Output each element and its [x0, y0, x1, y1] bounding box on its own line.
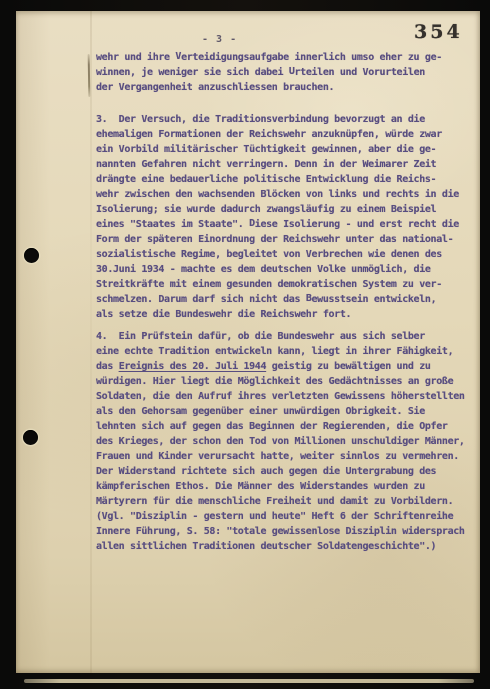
text-line: wehr und ihre Verteidigungsaufgabe inner… — [96, 50, 480, 65]
raised-capital: U — [289, 66, 295, 77]
margin-pencil-mark — [88, 54, 91, 97]
text-line: kämpferischen Ethos. Die Männer des Wide… — [96, 479, 480, 494]
typewritten-text: wehr und ihre Verteidigungsaufgabe inner… — [96, 11, 480, 673]
text-line: ehemaligen Formationen der Reichswehr an… — [96, 127, 480, 142]
text-line: Streitkräfte mit einem gesunden demokrat… — [96, 277, 480, 292]
text-line: als den Gehorsam gegenüber einer unwürdi… — [96, 404, 480, 419]
text-line: des Krieges, der schon den Tod von Milli… — [96, 434, 480, 449]
text-line: eine echte Tradition entwickeln kann, li… — [96, 344, 480, 359]
underlying-page-edge — [24, 679, 474, 683]
text-line: Isolierung; sie wurde dadurch zwangsläuf… — [96, 202, 480, 217]
text-line: 30.Juni 1934 - machte es dem deutschen V… — [96, 262, 480, 277]
text-line: sozialistische Regime, begleitet von Ver… — [96, 247, 480, 262]
paragraph-1: wehr und ihre Verteidigungsaufgabe inner… — [96, 50, 480, 95]
text-line: das Ereignis des 20. Juli 1944 geistig z… — [96, 359, 480, 374]
paper-crease — [90, 11, 92, 673]
paragraph-3: 4. Ein Prüfstein dafür, ob die Bundesweh… — [96, 329, 480, 554]
underlined-text: Ereignis des 20. Juli 1944 — [119, 361, 266, 372]
text-line: drängte eine bedauerliche politische Ent… — [96, 172, 480, 187]
raised-capital: V — [175, 51, 181, 62]
text-line: 3. Der Versuch, die Traditionsverbindung… — [96, 112, 480, 127]
text-line: Innere Führung, S. 58: "totale gewissenl… — [96, 524, 480, 539]
raised-capital: D — [249, 218, 255, 229]
text-line: Form der späteren Einordnung der Reichsw… — [96, 232, 480, 247]
text-line: nannten Gefahren nicht verringern. Denn … — [96, 157, 480, 172]
text-line: winnen, je weniger sie sich dabei Urteil… — [96, 65, 480, 80]
text-line: Frauen und Kinder verursacht hatte, weit… — [96, 449, 480, 464]
paragraph-2: 3. Der Versuch, die Traditionsverbindung… — [96, 112, 480, 322]
punch-hole-bottom — [23, 430, 38, 445]
text-line: 4. Ein Prüfstein dafür, ob die Bundesweh… — [96, 329, 480, 344]
raised-capital: B — [306, 293, 312, 304]
text-line: der Vergangenheit anzuschliessen brauche… — [96, 80, 480, 95]
scan-background: - 3 - 354 wehr und ihre Verteidigungsauf… — [0, 0, 490, 689]
text-line: Der Widerstand richtete sich auch gegen … — [96, 464, 480, 479]
text-line: ein Vorbild militärischer Tüchtigkeit ge… — [96, 142, 480, 157]
text-line: schmelzen. Darum darf sich nicht das Bew… — [96, 292, 480, 307]
text-line: (Vgl. "Disziplin - gestern und heute" He… — [96, 509, 480, 524]
text-line: lehnten sich auf gegen das Beginnen der … — [96, 419, 480, 434]
punch-hole-top — [24, 248, 39, 263]
text-line: als setze die Bundeswehr die Reichswehr … — [96, 307, 480, 322]
document-page: - 3 - 354 wehr und ihre Verteidigungsauf… — [16, 11, 480, 673]
text-line: Märtyrern für die menschliche Freiheit u… — [96, 494, 480, 509]
text-line: wehr zwischen den wachsenden Blöcken von… — [96, 187, 480, 202]
text-line: würdigen. Hier liegt die Möglichkeit des… — [96, 374, 480, 389]
text-line: allen sittlichen Traditionen deutscher S… — [96, 539, 480, 554]
text-line: eines "Staates im Staate". Diese Isolier… — [96, 217, 480, 232]
text-line: Soldaten, die den Aufruf ihres verletzte… — [96, 389, 480, 404]
